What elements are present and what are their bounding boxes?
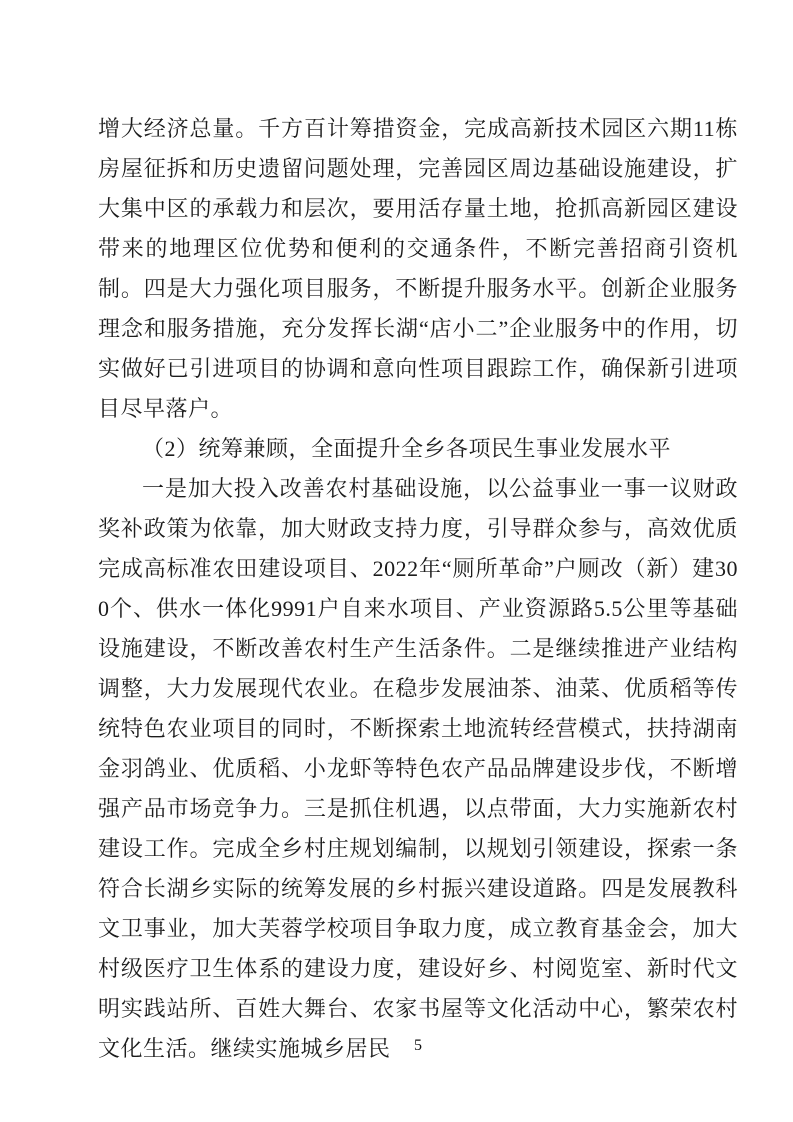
document-body: 增大经济总量。千方百计筹措资金，完成高新技术园区六期11栋房屋征拆和历史遗留问题… <box>98 109 738 1069</box>
paragraph-body: 一是加大投入改善农村基础设施，以公益事业一事一议财政奖补政策为依靠，加大财政支持… <box>98 469 738 1069</box>
page-footer: 5 <box>98 1037 738 1055</box>
section-heading: （2）统筹兼顾，全面提升全乡各项民生事业发展水平 <box>98 429 738 469</box>
paragraph-continued: 增大经济总量。千方百计筹措资金，完成高新技术园区六期11栋房屋征拆和历史遗留问题… <box>98 109 738 429</box>
document-page: 增大经济总量。千方百计筹措资金，完成高新技术园区六期11栋房屋征拆和历史遗留问题… <box>0 0 793 1122</box>
page-number: 5 <box>414 1037 422 1054</box>
